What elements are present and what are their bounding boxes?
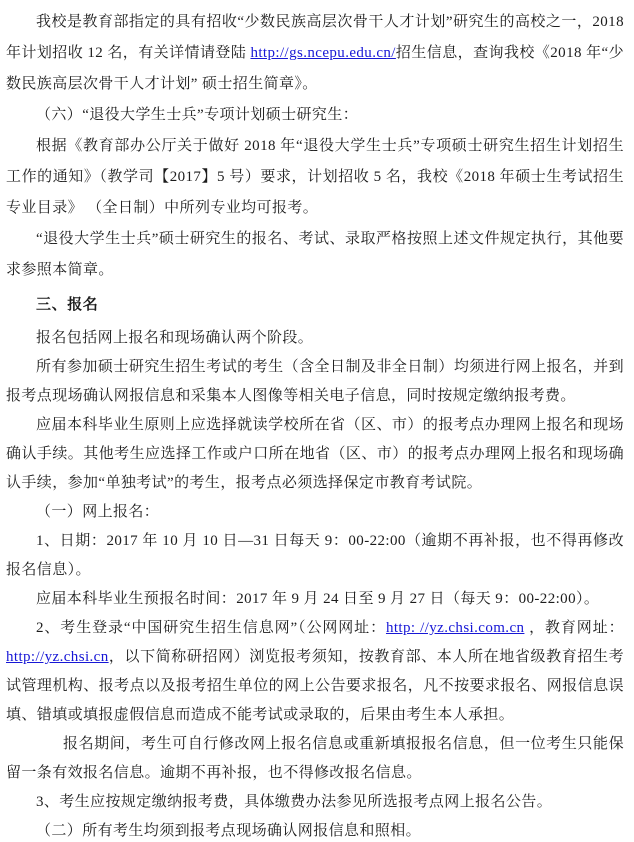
hyperlink[interactable]: http://gs.ncepu.edu.cn/ [250,45,395,61]
paragraph: 根据《教育部办公厅关于做好 2018 年“退役大学生士兵”专项硕士研究生招生计划… [6,131,624,224]
section-heading: 三、报名 [6,290,624,321]
text-run: 3、考生应按规定缴纳报考费，具体缴费办法参见所选报考点网上报名公告。 [36,794,552,810]
text-run: 应届本科毕业生预报名时间：2017 年 9 月 24 日至 9 月 27 日（每… [36,591,599,607]
text-run: 三、报名 [36,297,98,313]
text-run: 1、日期：2017 年 10 月 10 日—31 日每天 9：00-22:00（… [6,533,624,578]
paragraph: 1、日期：2017 年 10 月 10 日—31 日每天 9：00-22:00（… [6,527,624,585]
text-run: 根据《教育部办公厅关于做好 2018 年“退役大学生士兵”专项硕士研究生招生计划… [6,138,624,216]
paragraph: 2、考生登录“中国研究生招生信息网”（公网网址：http: //yz.chsi.… [6,614,624,730]
paragraph: （六）“退役大学生士兵”专项计划硕士研究生： [6,100,624,131]
text-run: 应届本科毕业生原则上应选择就读学校所在省（区、市）的报考点办理网上报名和现场确认… [6,417,624,491]
text-run: “退役大学生士兵”硕士研究生的报名、考试、录取严格按照上述文件规定执行，其他要求… [6,231,624,278]
document-page: 我校是教育部指定的具有招收“少数民族高层次骨干人才计划”研究生的高校之一，201… [0,0,634,842]
paragraph: （二）所有考生均须到报考点现场确认网报信息和照相。 [6,817,624,842]
paragraph: 我校是教育部指定的具有招收“少数民族高层次骨干人才计划”研究生的高校之一，201… [6,7,624,100]
paragraph: 应届本科毕业生原则上应选择就读学校所在省（区、市）的报考点办理网上报名和现场确认… [6,411,624,498]
paragraph: 报名包括网上报名和现场确认两个阶段。 [6,324,624,353]
text-run: 报名期间，考生可自行修改网上报名信息或重新填报报名信息，但一位考生只能保留一条有… [6,736,624,781]
paragraph: （一）网上报名： [6,498,624,527]
text-run: 报名包括网上报名和现场确认两个阶段。 [36,330,313,346]
paragraph: 应届本科毕业生预报名时间：2017 年 9 月 24 日至 9 月 27 日（每… [6,585,624,614]
text-run: （一）网上报名： [36,504,159,520]
paragraph: 3、考生应按规定缴纳报考费，具体缴费办法参见所选报考点网上报名公告。 [6,788,624,817]
paragraph: 报名期间，考生可自行修改网上报名信息或重新填报报名信息，但一位考生只能保留一条有… [6,730,624,788]
text-run: ，教育网址： [524,620,624,636]
text-run: （二）所有考生均须到报考点现场确认网报信息和照相。 [36,823,421,839]
paragraph: 所有参加硕士研究生招生考试的考生（含全日制及非全日制）均须进行网上报名，并到报考… [6,353,624,411]
paragraph: “退役大学生士兵”硕士研究生的报名、考试、录取严格按照上述文件规定执行，其他要求… [6,224,624,286]
hyperlink[interactable]: http://yz.chsi.cn [6,649,109,665]
hyperlink[interactable]: http: //yz.chsi.com.cn [386,620,524,636]
text-run: 所有参加硕士研究生招生考试的考生（含全日制及非全日制）均须进行网上报名，并到报考… [6,359,624,404]
text-run: （六）“退役大学生士兵”专项计划硕士研究生： [36,107,358,123]
text-run: 2、考生登录“中国研究生招生信息网”（公网网址： [36,620,386,636]
